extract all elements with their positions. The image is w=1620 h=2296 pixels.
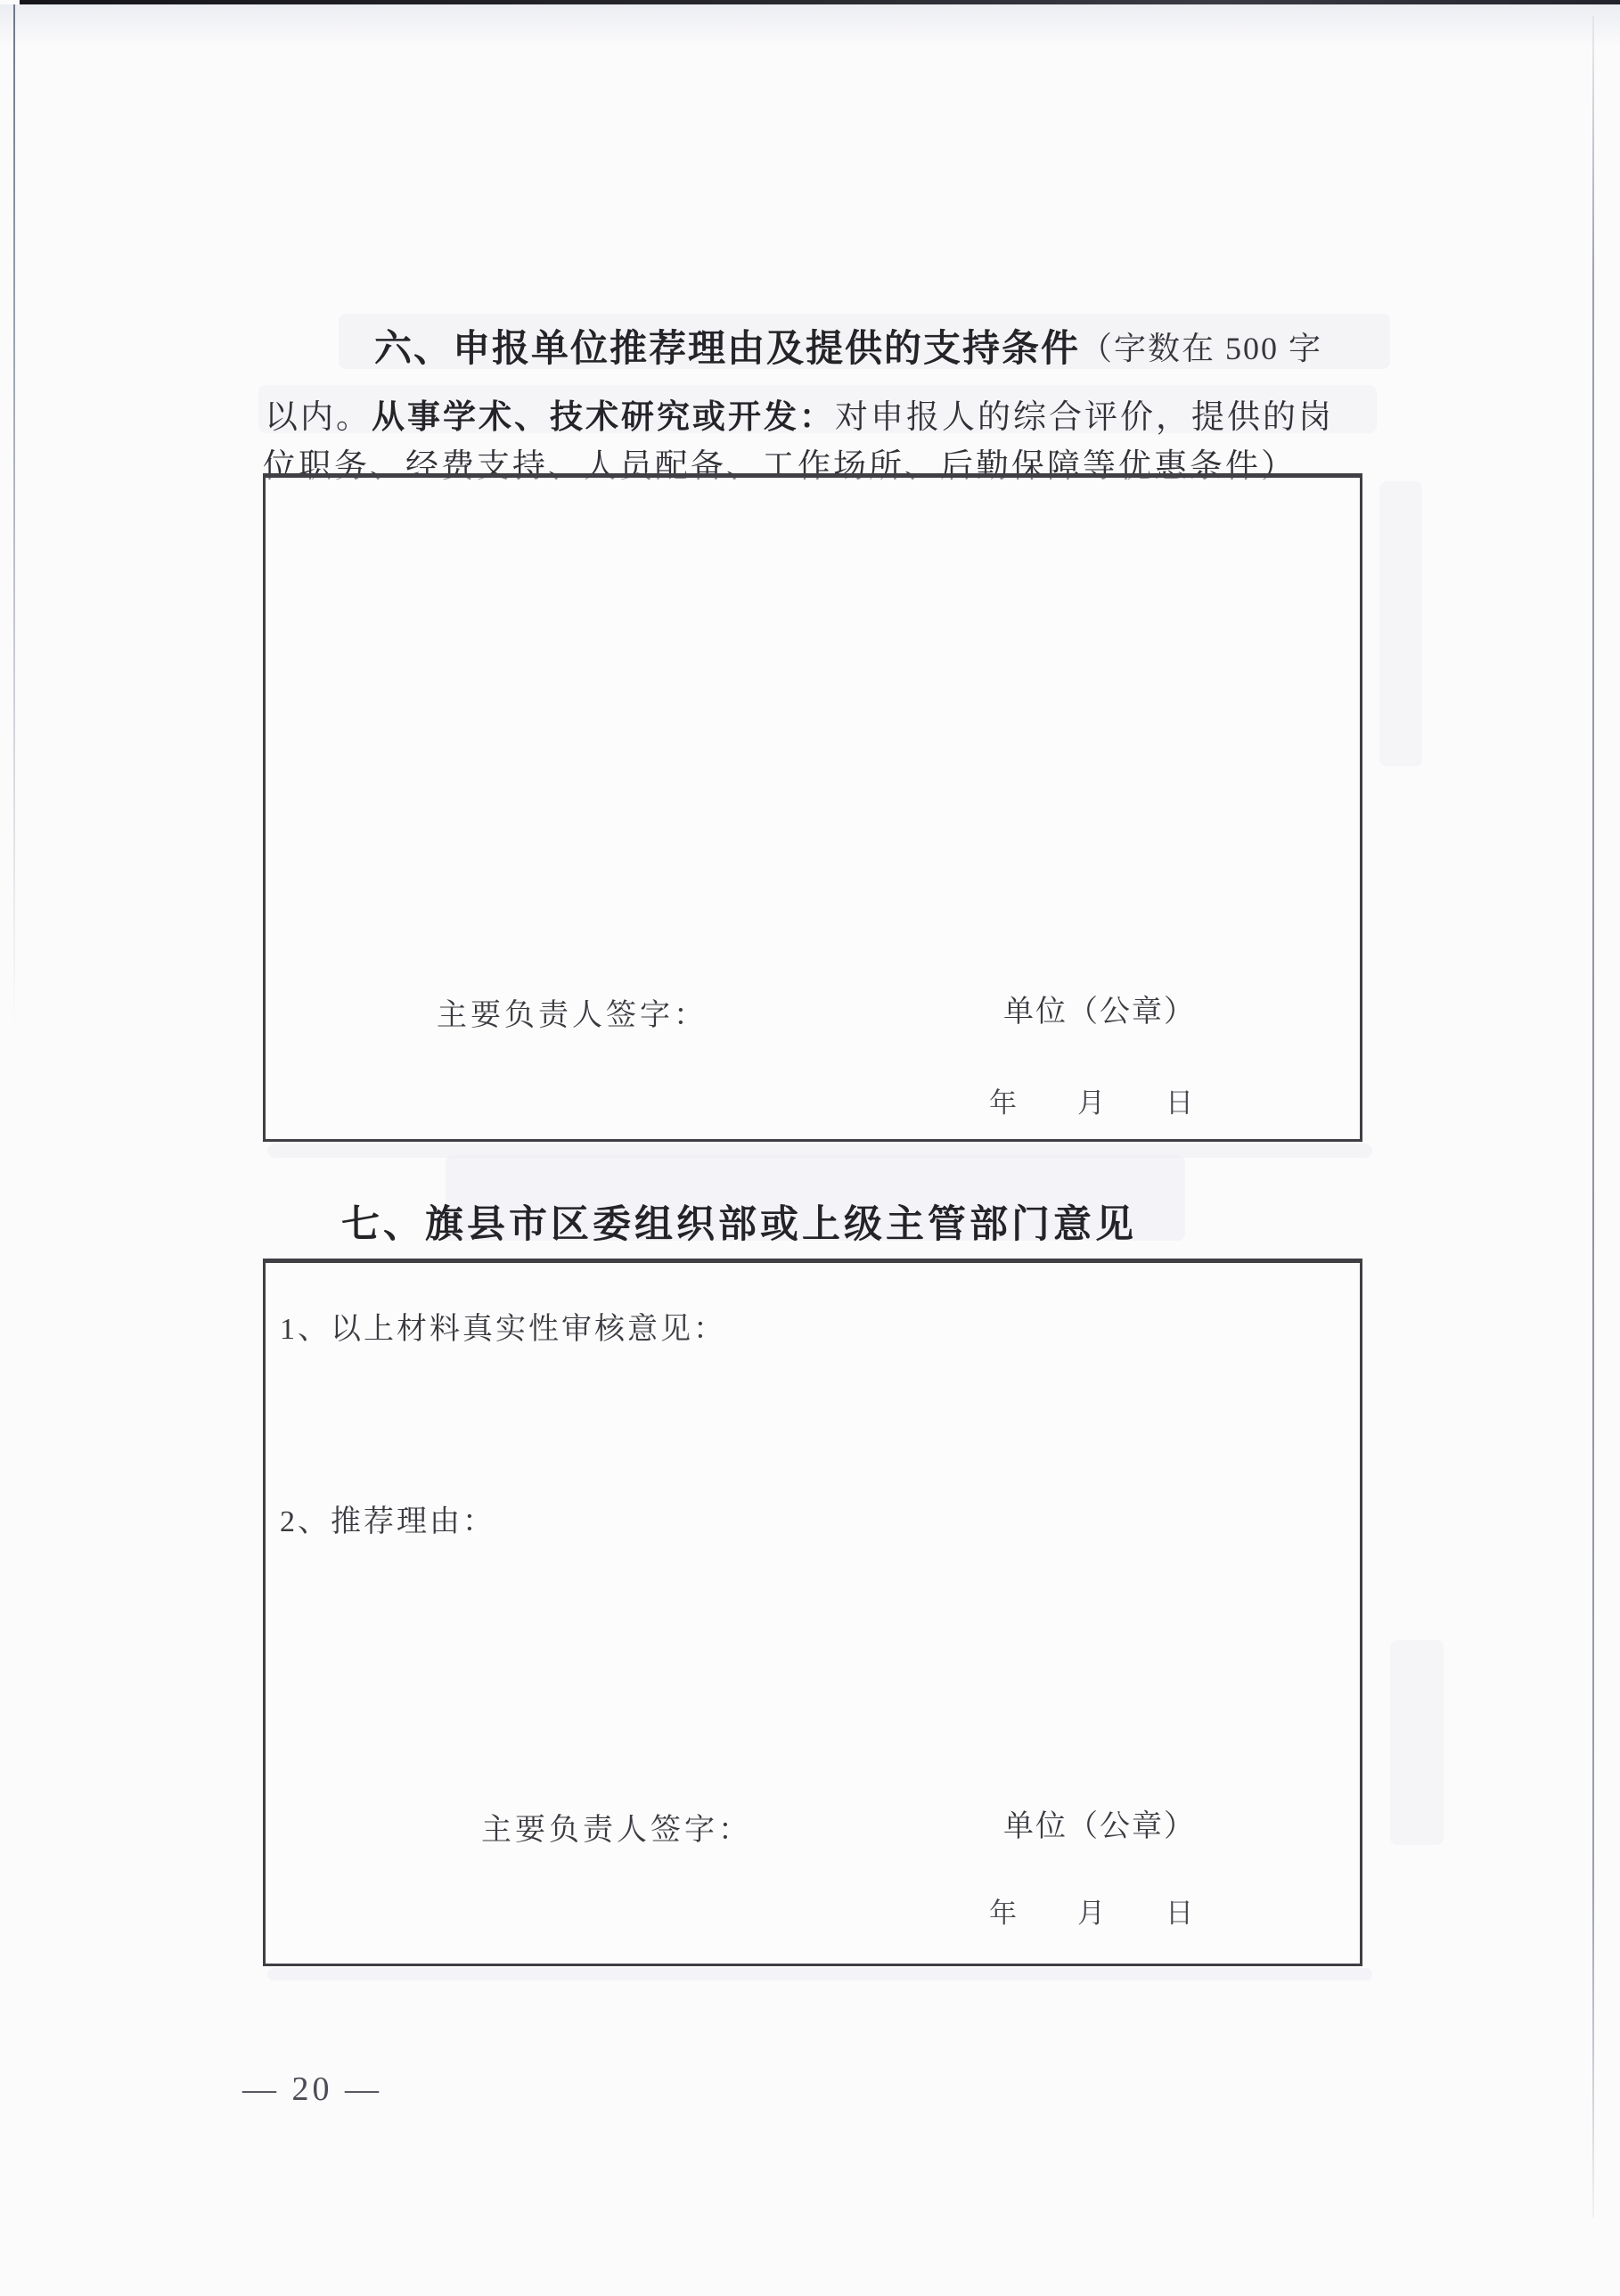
- section7-heading: 七、旗县市区委组织部或上级主管部门意见: [341, 1194, 1137, 1249]
- section7-seal-label: 单位（公章）: [1003, 1801, 1196, 1845]
- section6-note-line2-plain: 以内。: [265, 399, 372, 436]
- section6-heading-note-open: （字数在 500 字: [1080, 331, 1322, 366]
- section7-date-label: 年 月 日: [989, 1890, 1195, 1931]
- section7-item2-label: 2、推荐理由：: [280, 1496, 495, 1540]
- scan-top-shadow-band: [0, 4, 1620, 47]
- scan-smudge: [1379, 481, 1422, 767]
- section7-item1-label: 1、以上材料真实性审核意见：: [280, 1304, 726, 1348]
- scan-smudge: [267, 1144, 1372, 1158]
- scanned-form-page: 六、申报单位推荐理由及提供的支持条件（字数在 500 字 以内。从事学术、技术研…: [0, 0, 1620, 2296]
- scan-smudge: [1390, 1640, 1444, 1845]
- section6-note-line2: 以内。从事学术、技术研究或开发：对申报人的综合评价，提供的岗: [265, 389, 1334, 438]
- scan-left-edge-line: [13, 4, 15, 1029]
- section7-opinion-box: 1、以上材料真实性审核意见： 2、推荐理由： 主要负责人签字： 单位（公章） 年…: [263, 1259, 1362, 1966]
- page-number: — 20 —: [242, 2070, 382, 2109]
- section6-seal-label: 单位（公章）: [1003, 987, 1196, 1030]
- section6-signer-label: 主要负责人签字：: [437, 990, 708, 1034]
- section7-signer-label: 主要负责人签字：: [481, 1805, 752, 1849]
- section6-heading-line1: 六、申报单位推荐理由及提供的支持条件（字数在 500 字: [374, 319, 1322, 373]
- scan-right-edge-line: [1592, 16, 1594, 2218]
- scan-smudge: [267, 1968, 1372, 1980]
- section6-recommendation-box: 主要负责人签字： 单位（公章） 年 月 日: [263, 473, 1362, 1142]
- section6-note-line2-rest: 对申报人的综合评价，提供的岗: [835, 399, 1334, 436]
- section6-heading-title: 六、申报单位推荐理由及提供的支持条件: [374, 327, 1080, 369]
- section6-note-line2-bold: 从事学术、技术研究或开发：: [372, 398, 835, 435]
- section6-date-label: 年 月 日: [989, 1080, 1195, 1120]
